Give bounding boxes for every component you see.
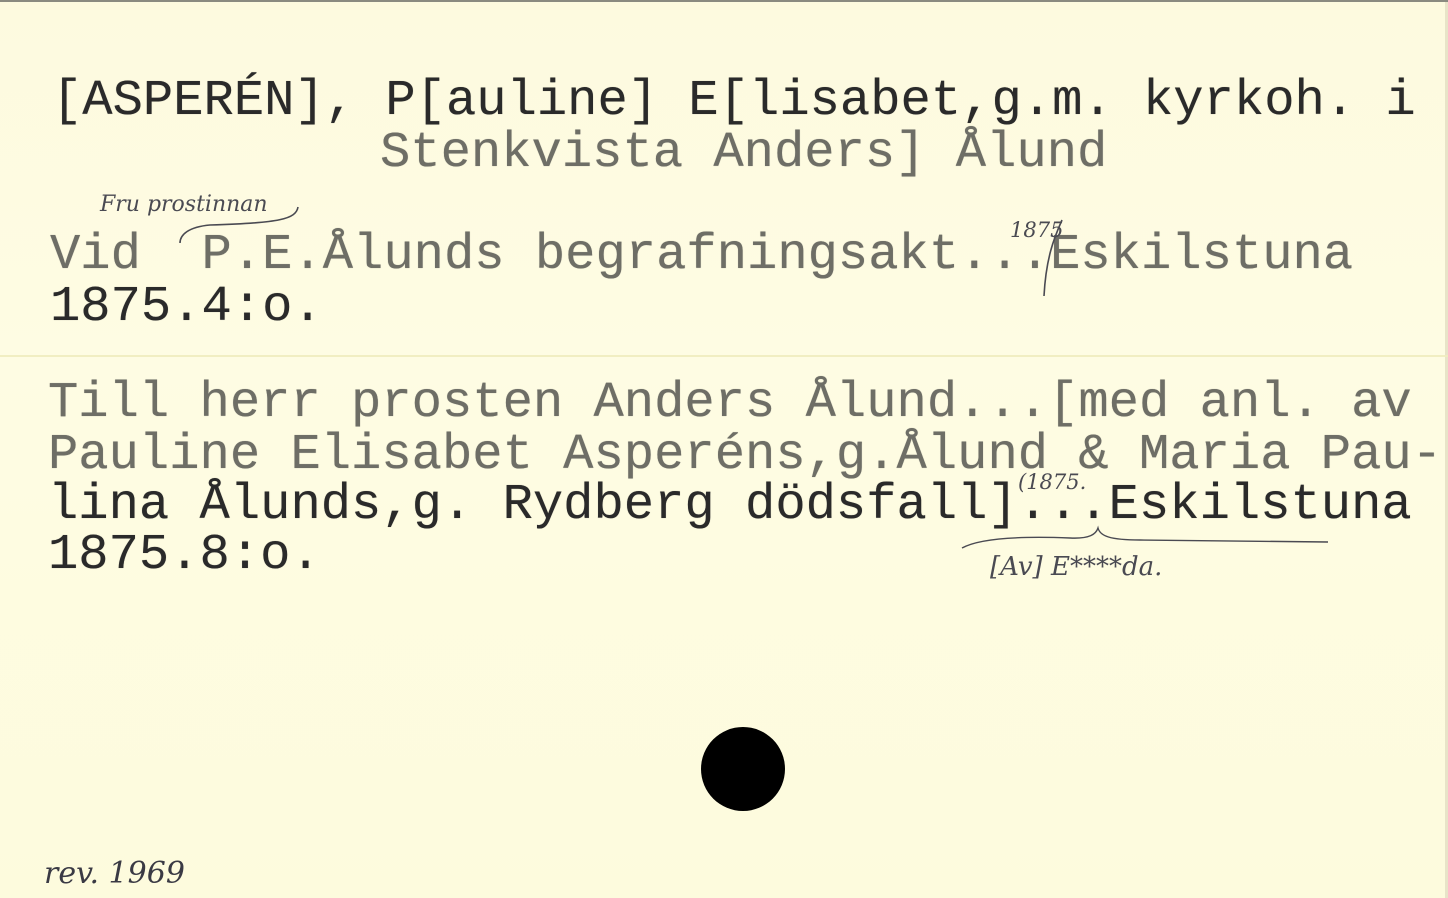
entry2-line-1: Till herr prosten Anders Ålund...[med an… [48,378,1412,430]
entry2-line-2: Pauline Elisabet Asperéns,g.Ålund & Mari… [48,430,1442,482]
handwritten-year-1875-paren: (1875. [1018,470,1086,494]
heading-line-2: Stenkvista Anders] Ålund [380,128,1107,180]
card-divider [0,355,1448,357]
entry1-line-1: Vid P.E.Ålunds begrafningsakt...Eskilstu… [50,230,1353,282]
entry2-line-3: lina Ålunds,g. Rydberg dödsfall]...Eskil… [48,480,1412,532]
entry2-line-4: 1875.8:o. [48,530,321,582]
entry1-line-2: 1875.4:o. [50,282,323,334]
punch-hole [701,727,785,811]
catalog-card: [ASPERÉN], P[auline] E[lisabet,g.m. kyrk… [0,0,1448,898]
heading-line-1: [ASPERÉN], P[auline] E[lisabet,g.m. kyrk… [52,76,1416,128]
handwritten-author-attribution: [Av] E****da. [990,552,1162,582]
revision-note: rev. 1969 [44,856,185,891]
